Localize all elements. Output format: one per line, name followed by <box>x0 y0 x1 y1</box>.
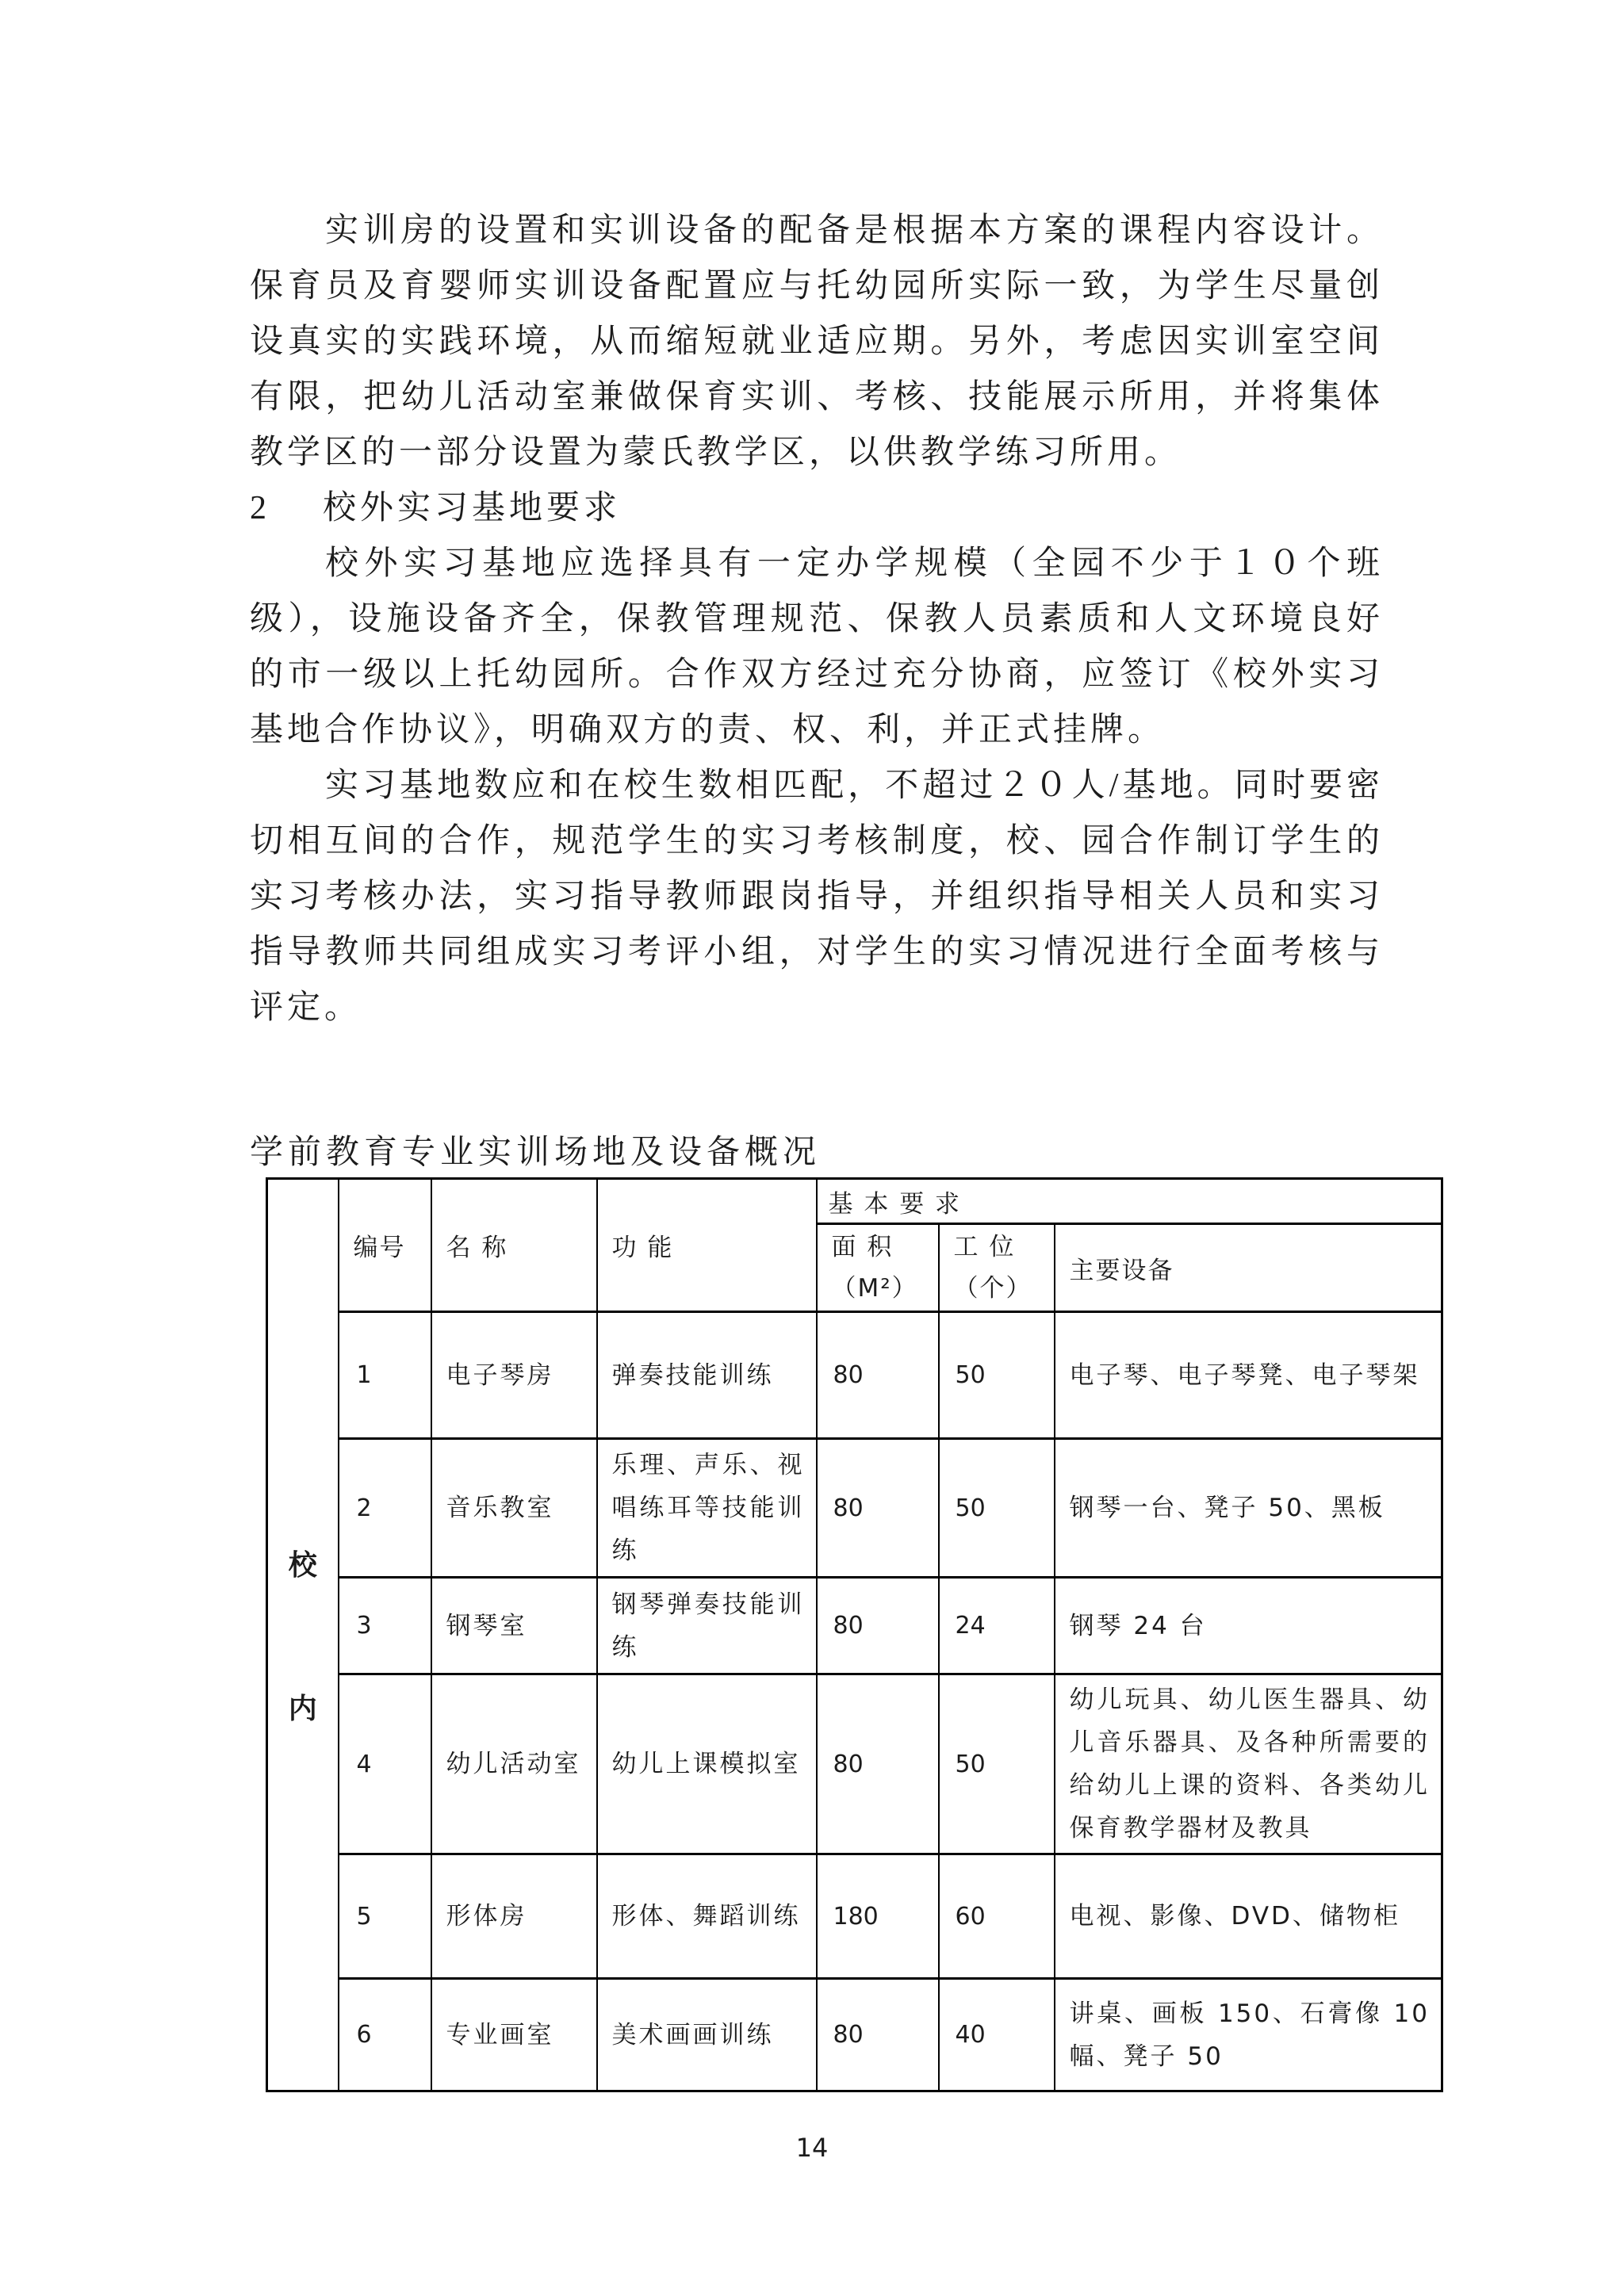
side-label-char-1: 校 <box>269 1543 337 1583</box>
table-caption: 学前教育专业实训场地及设备概况 <box>250 1132 821 1173</box>
table-row: 3 钢琴室 钢琴弹奏技能训练 80 24 钢琴 24 台 <box>267 1578 1442 1674</box>
cell-area: 80 <box>817 1312 939 1439</box>
cell-name: 幼儿活动室 <box>431 1674 597 1854</box>
col-header-name: 名 称 <box>431 1179 597 1312</box>
cell-no: 5 <box>339 1854 431 1979</box>
col-header-area-unit: （M²） <box>832 1268 937 1309</box>
section-heading: 2校外实习基地要求 <box>250 480 1384 536</box>
cell-function: 钢琴弹奏技能训练 <box>597 1578 817 1674</box>
cell-no: 6 <box>339 1979 431 2091</box>
cell-equipment: 钢琴 24 台 <box>1055 1578 1442 1674</box>
col-header-area-label: 面 积 <box>832 1226 937 1268</box>
cell-equipment: 电子琴、电子琴凳、电子琴架 <box>1055 1312 1442 1439</box>
facilities-table: 校 内 编号 名 称 功 能 基 本 要 求 面 积 （M²） 工 位 （个） … <box>266 1177 1443 2092</box>
col-header-seats-unit: （个） <box>954 1268 1053 1309</box>
cell-name: 专业画室 <box>431 1979 597 2091</box>
paragraph-1: 实训房的设置和实训设备的配备是根据本方案的课程内容设计。保育员及育婴师实训设备配… <box>250 203 1384 480</box>
table-row: 4 幼儿活动室 幼儿上课模拟室 80 50 幼儿玩具、幼儿医生器具、幼儿音乐器具… <box>267 1674 1442 1854</box>
cell-function: 形体、舞蹈训练 <box>597 1854 817 1979</box>
cell-function: 美术画画训练 <box>597 1979 817 2091</box>
col-header-seats: 工 位 （个） <box>939 1224 1055 1312</box>
cell-equipment: 幼儿玩具、幼儿医生器具、幼儿音乐器具、及各种所需要的给幼儿上课的资料、各类幼儿保… <box>1055 1674 1442 1854</box>
cell-seats: 60 <box>939 1854 1055 1979</box>
cell-seats: 50 <box>939 1439 1055 1578</box>
body-text: 实训房的设置和实训设备的配备是根据本方案的课程内容设计。保育员及育婴师实训设备配… <box>250 203 1384 1035</box>
cell-seats: 24 <box>939 1578 1055 1674</box>
col-header-seats-label: 工 位 <box>954 1226 1053 1268</box>
document-page: 实训房的设置和实训设备的配备是根据本方案的课程内容设计。保育员及育婴师实训设备配… <box>0 0 1624 2296</box>
table-row: 5 形体房 形体、舞蹈训练 180 60 电视、影像、DVD、储物柜 <box>267 1854 1442 1979</box>
cell-name: 电子琴房 <box>431 1312 597 1439</box>
cell-no: 1 <box>339 1312 431 1439</box>
cell-name: 形体房 <box>431 1854 597 1979</box>
table-row: 6 专业画室 美术画画训练 80 40 讲桌、画板 150、石膏像 10 幅、凳… <box>267 1979 1442 2091</box>
table-row: 2 音乐教室 乐理、声乐、视唱练耳等技能训练 80 50 钢琴一台、凳子 50、… <box>267 1439 1442 1578</box>
cell-area: 80 <box>817 1578 939 1674</box>
paragraph-2: 校外实习基地应选择具有一定办学规模（全园不少于１０个班级），设施设备齐全，保教管… <box>250 536 1384 758</box>
cell-seats: 50 <box>939 1312 1055 1439</box>
cell-no: 4 <box>339 1674 431 1854</box>
cell-area: 80 <box>817 1439 939 1578</box>
cell-no: 3 <box>339 1578 431 1674</box>
col-header-area: 面 积 （M²） <box>817 1224 939 1312</box>
section-number: 2 <box>250 480 270 536</box>
cell-name: 音乐教室 <box>431 1439 597 1578</box>
cell-equipment: 钢琴一台、凳子 50、黑板 <box>1055 1439 1442 1578</box>
cell-name: 钢琴室 <box>431 1578 597 1674</box>
paragraph-3: 实习基地数应和在校生数相匹配，不超过２０人/基地。同时要密切相互间的合作，规范学… <box>250 758 1384 1035</box>
cell-function: 幼儿上课模拟室 <box>597 1674 817 1854</box>
cell-area: 180 <box>817 1854 939 1979</box>
cell-no: 2 <box>339 1439 431 1578</box>
cell-area: 80 <box>817 1979 939 2091</box>
cell-seats: 40 <box>939 1979 1055 2091</box>
cell-equipment: 电视、影像、DVD、储物柜 <box>1055 1854 1442 1979</box>
side-label-cell: 校 内 <box>267 1179 339 2091</box>
col-header-basic-requirements: 基 本 要 求 <box>817 1179 1442 1224</box>
page-number: 14 <box>0 2133 1624 2163</box>
cell-equipment: 讲桌、画板 150、石膏像 10 幅、凳子 50 <box>1055 1979 1442 2091</box>
table-row: 1 电子琴房 弹奏技能训练 80 50 电子琴、电子琴凳、电子琴架 <box>267 1312 1442 1439</box>
header-row-group: 校 内 编号 名 称 功 能 基 本 要 求 <box>267 1179 1442 1224</box>
cell-function: 乐理、声乐、视唱练耳等技能训练 <box>597 1439 817 1578</box>
side-label-char-2: 内 <box>269 1686 337 1727</box>
cell-area: 80 <box>817 1674 939 1854</box>
col-header-function: 功 能 <box>597 1179 817 1312</box>
cell-function: 弹奏技能训练 <box>597 1312 817 1439</box>
col-header-equipment: 主要设备 <box>1055 1224 1442 1312</box>
section-title: 校外实习基地要求 <box>323 490 621 526</box>
col-header-no: 编号 <box>339 1179 431 1312</box>
cell-seats: 50 <box>939 1674 1055 1854</box>
